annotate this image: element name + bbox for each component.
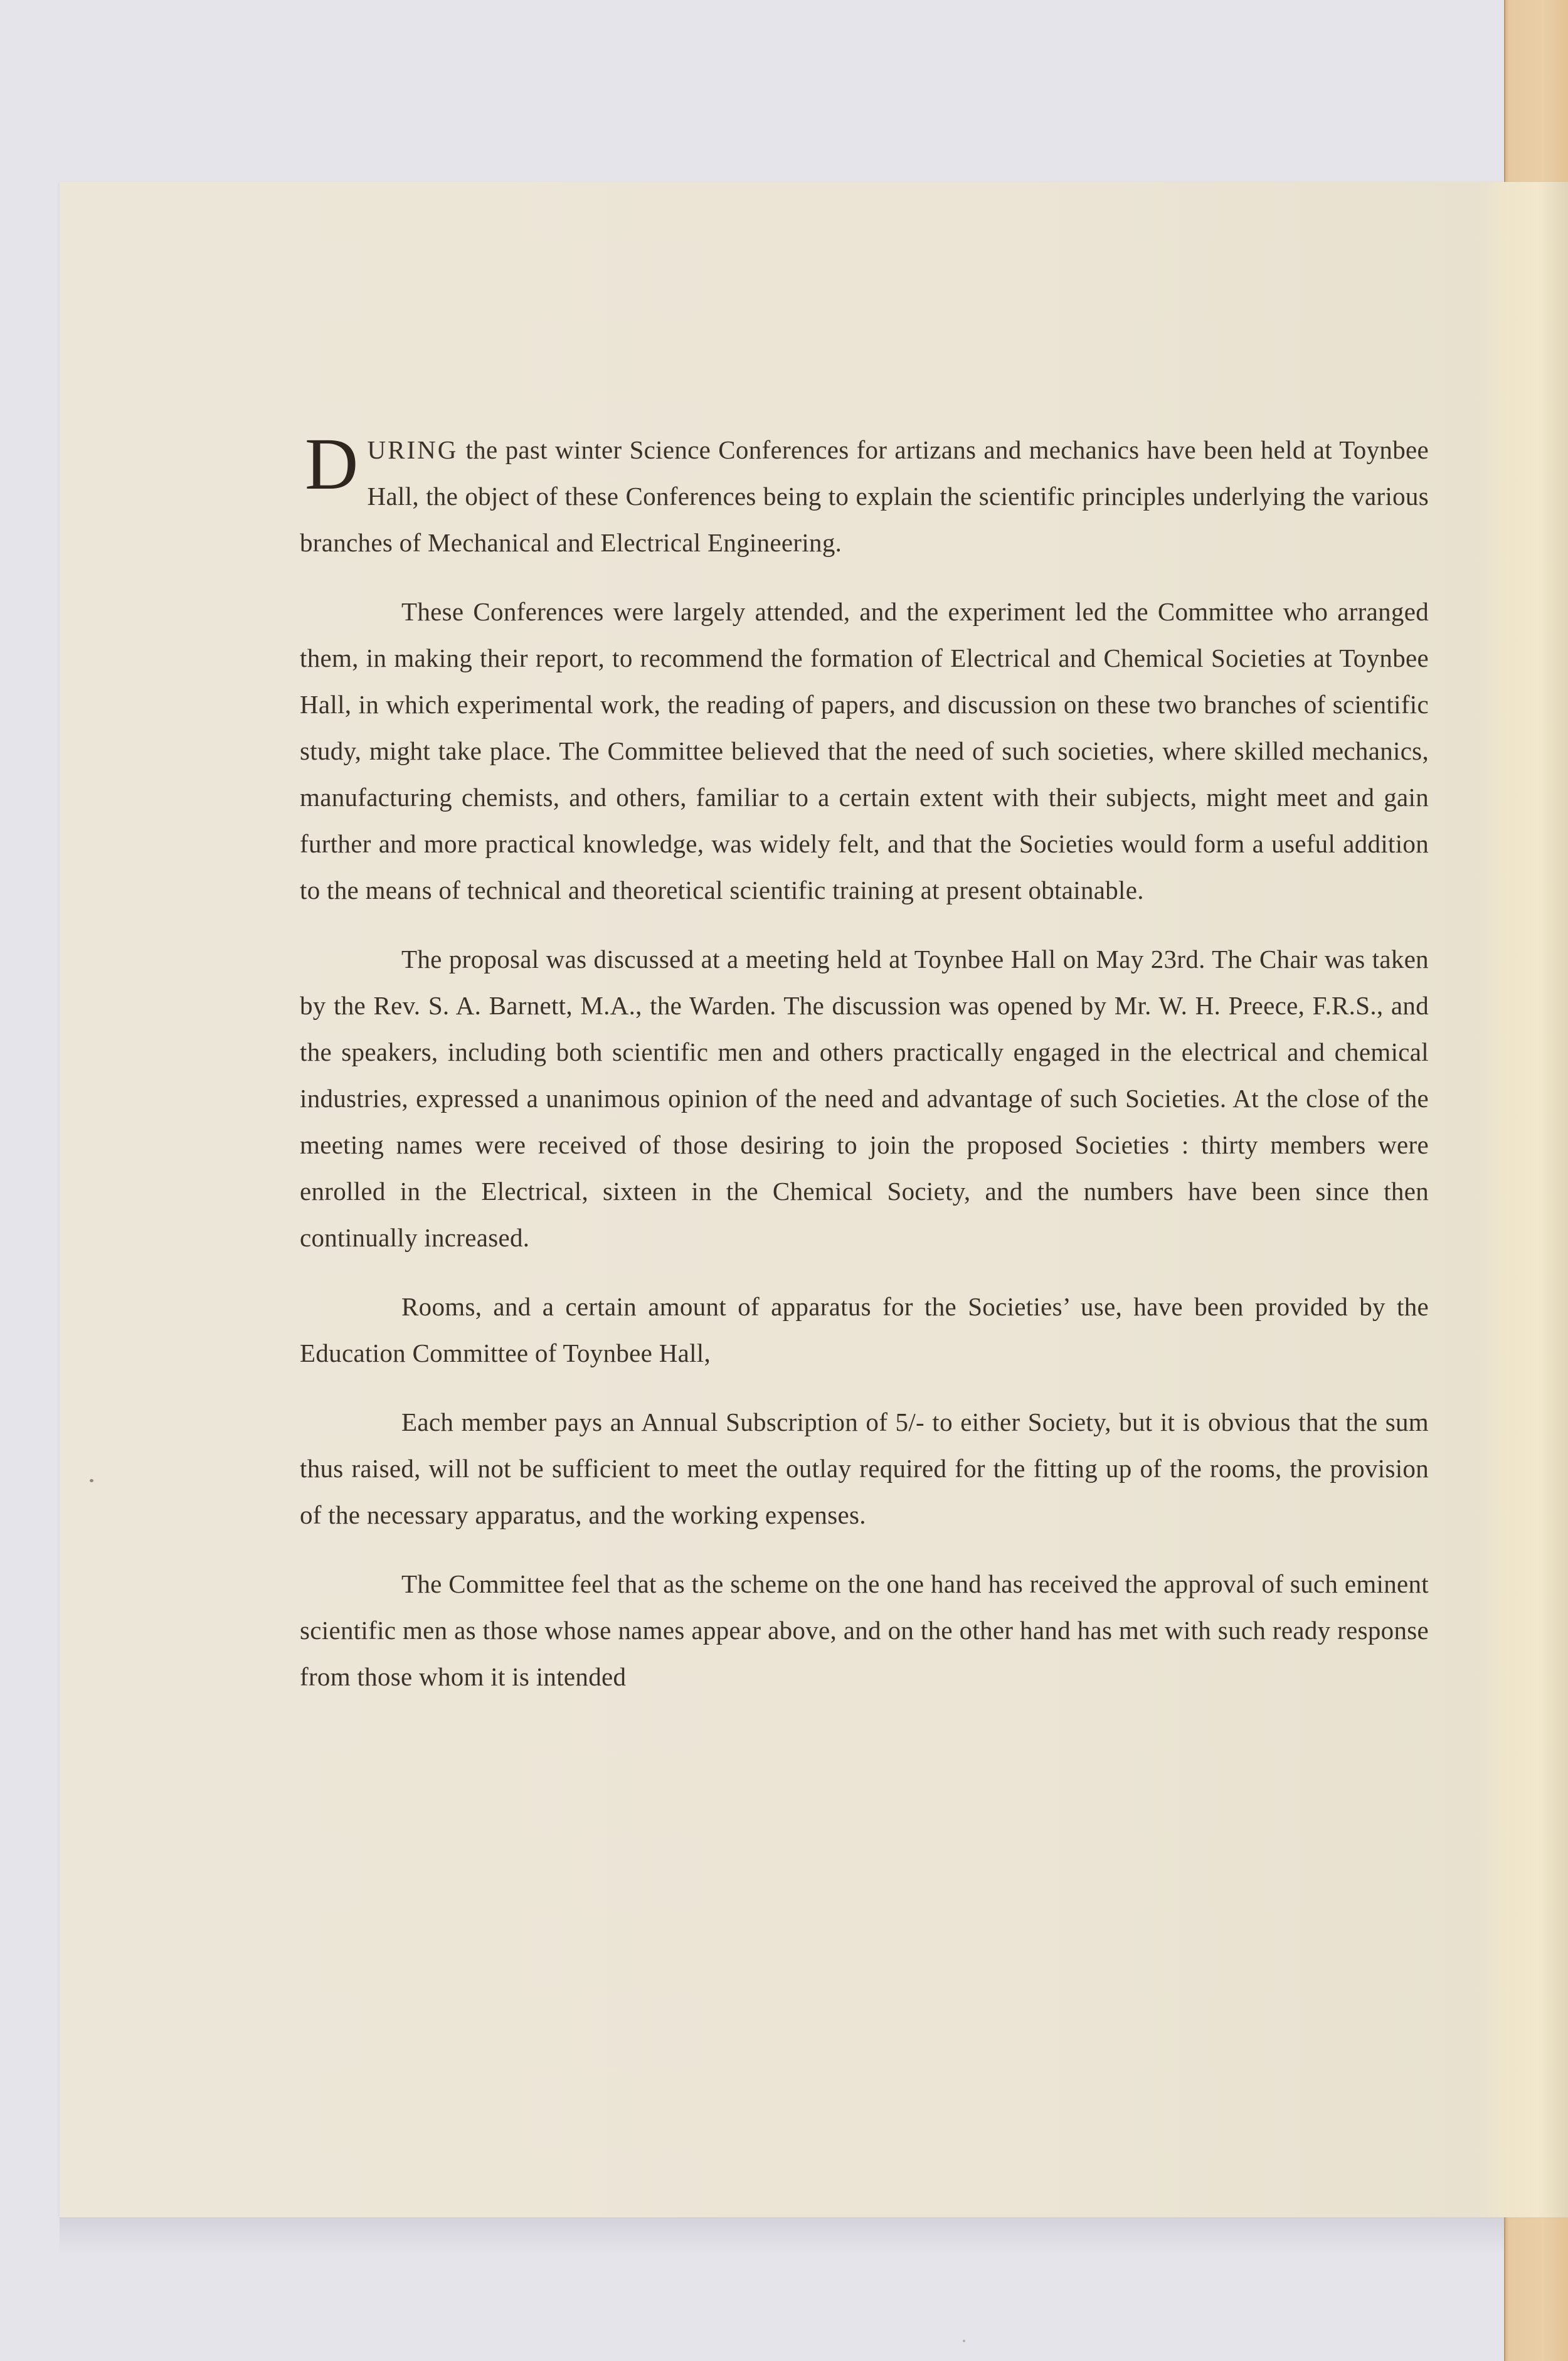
document-body: DURING the past winter Science Conferenc… [300, 427, 1429, 1722]
page-shadow [60, 2217, 1505, 2255]
paragraph-3: The proposal was discussed at a meeting … [300, 936, 1429, 1261]
paragraph-1-text: the past winter Science Conferences for … [300, 435, 1429, 557]
paper-speck [963, 2340, 965, 2342]
paragraph-6: The Committee feel that as the scheme on… [300, 1561, 1429, 1700]
paragraph-5: Each member pays an Annual Subscription … [300, 1399, 1429, 1538]
paragraph-2: These Conferences were largely attended,… [300, 588, 1429, 913]
drop-cap: D [305, 434, 359, 494]
lead-smallcaps: URING [368, 435, 458, 464]
paragraph-4: Rooms, and a certain amount of apparatus… [300, 1283, 1429, 1376]
paragraph-1: DURING the past winter Science Conferenc… [300, 427, 1429, 566]
paper-speck [90, 1479, 93, 1482]
